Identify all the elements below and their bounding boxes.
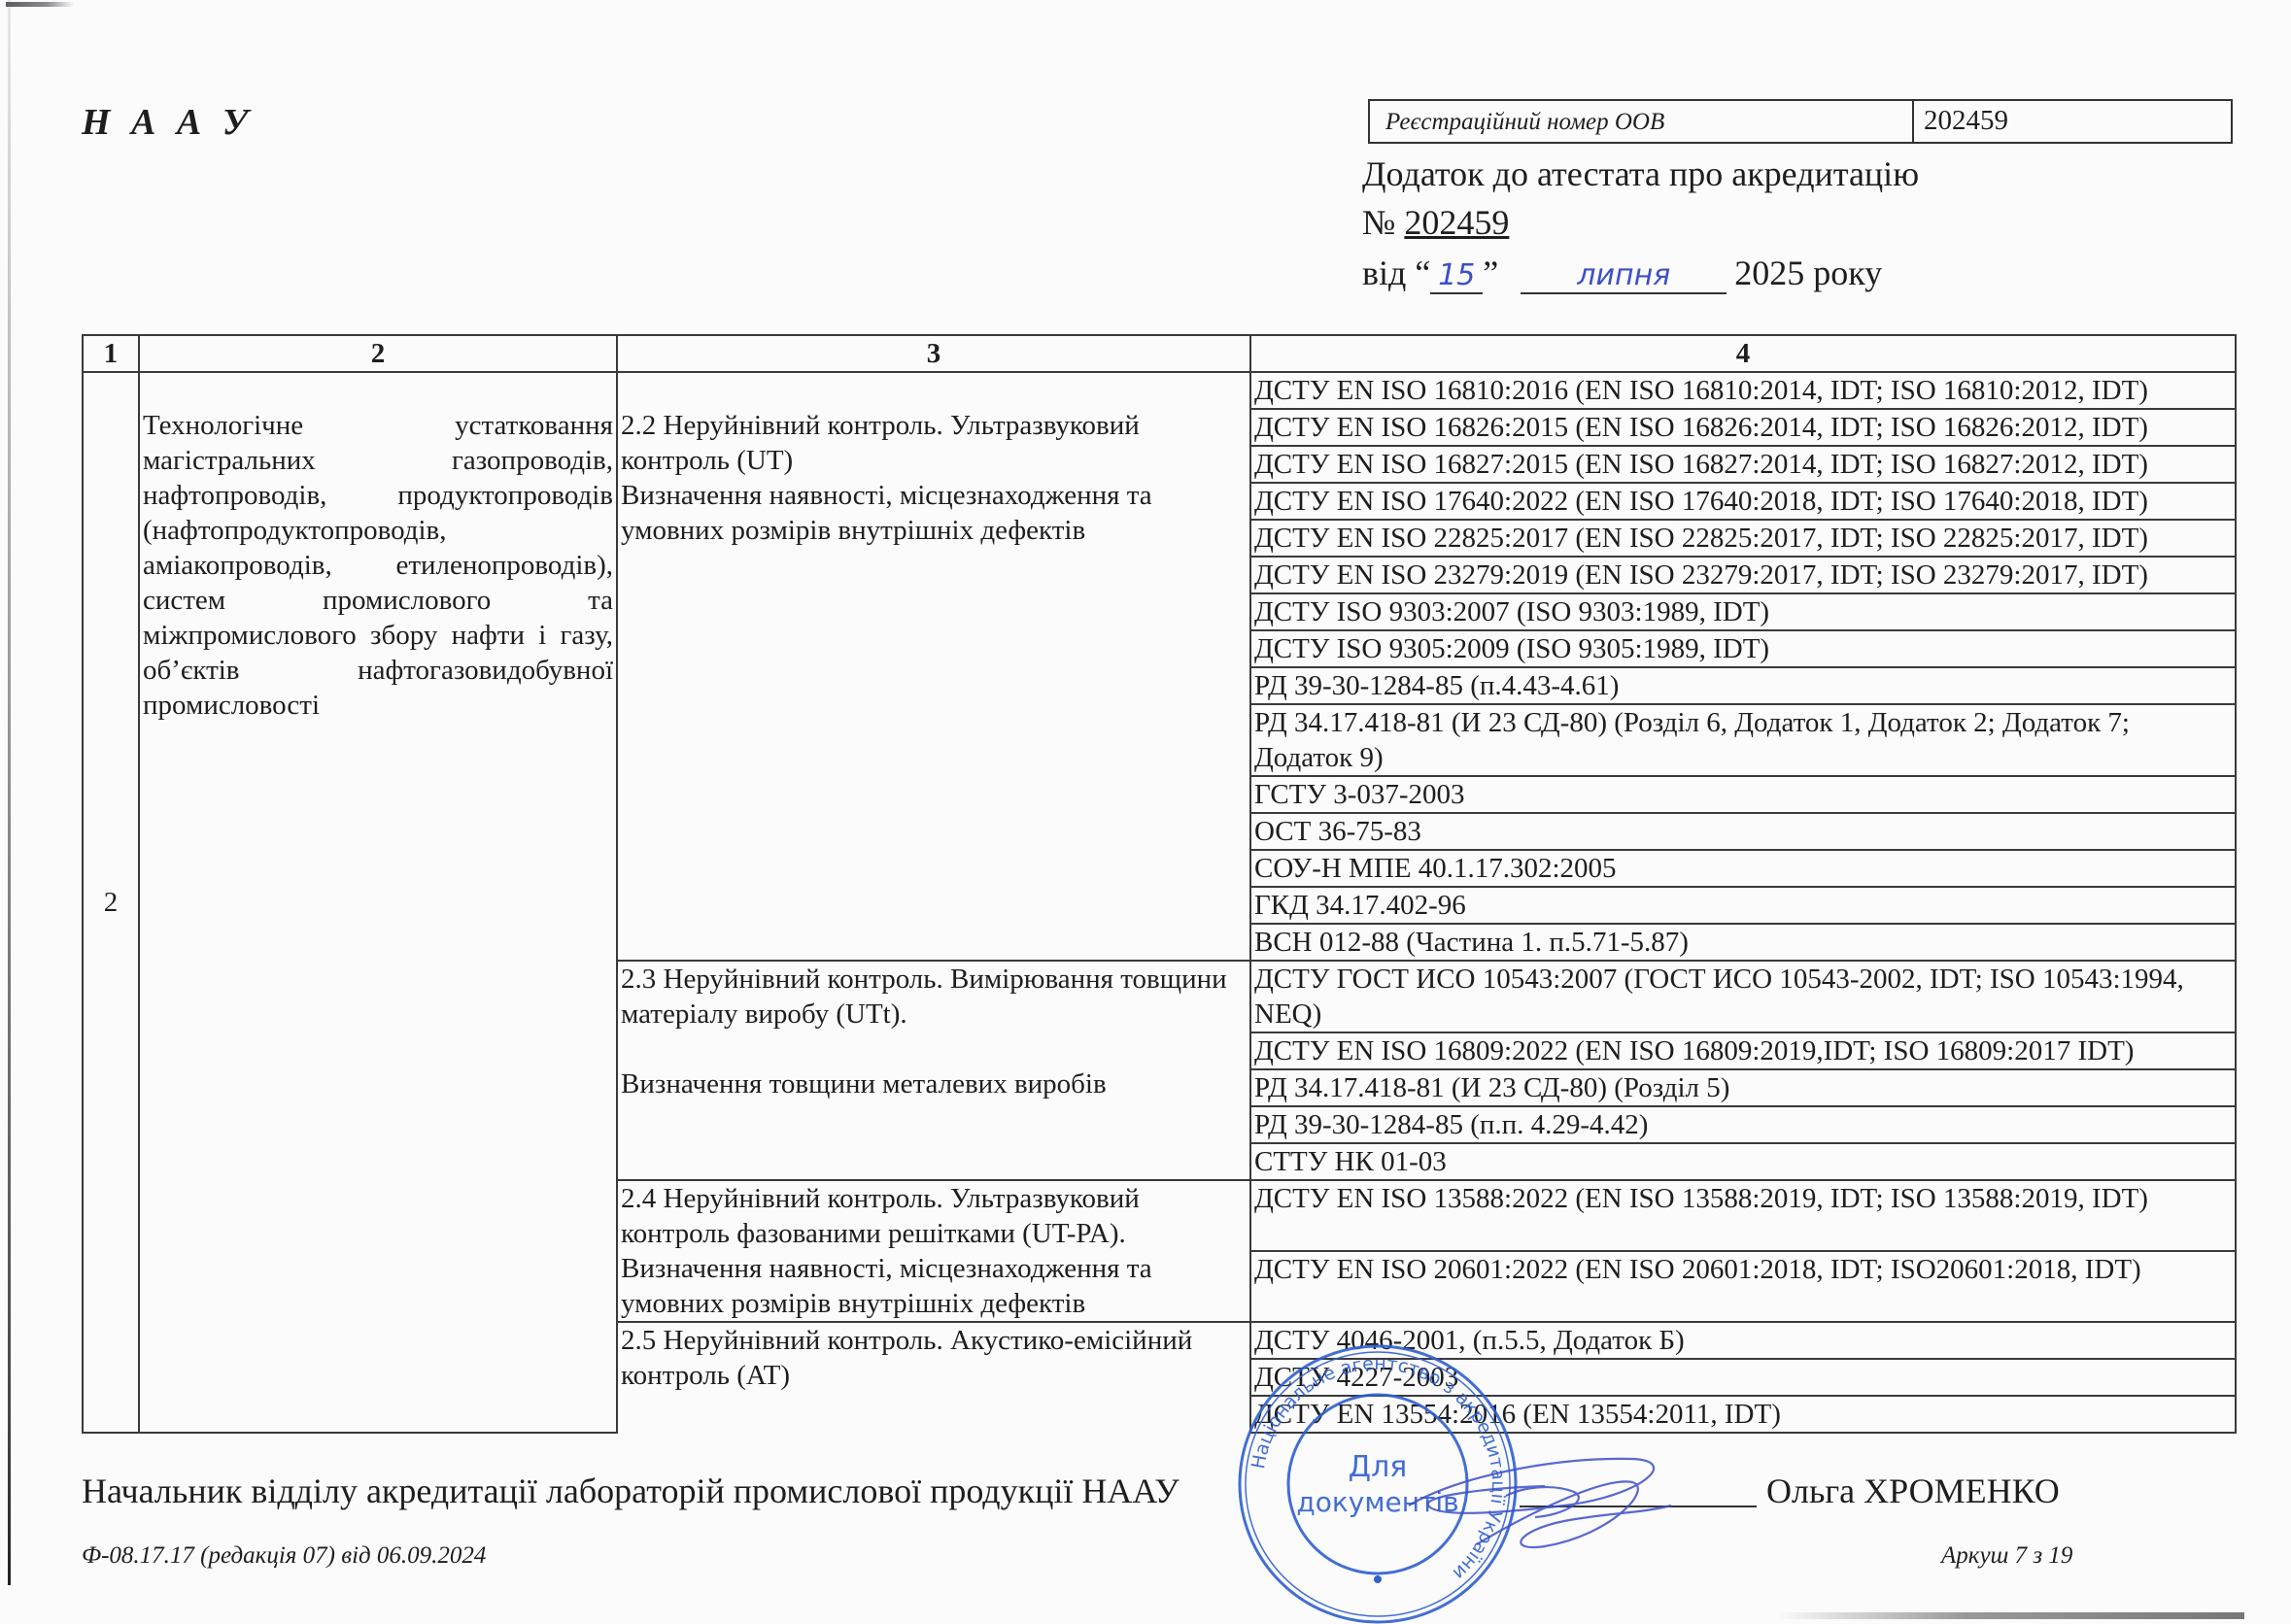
standard-cell: ДСТУ EN ISO 20601:2022 (EN ISO 20601:201…: [1250, 1251, 2236, 1322]
organization-abbreviation: Н А А У: [82, 101, 254, 144]
number-sign: №: [1362, 203, 1395, 242]
annex-number: № 202459: [1362, 202, 1509, 243]
signer-name: Ольга ХРОМЕНКО: [1766, 1471, 2060, 1511]
standard-cell: РД 34.17.418-81 (И 23 СД-80) (Розділ 6, …: [1250, 704, 2236, 776]
method-purpose: Визначення товщини металевих виробів: [621, 1066, 1247, 1101]
standard-cell: ДСТУ EN ISO 16827:2015 (EN ISO 16827:201…: [1250, 446, 2236, 483]
date-prefix: від “: [1362, 254, 1430, 292]
annex-title: Додаток до атестата про акредитацію: [1362, 153, 1919, 194]
date-quote-close: ”: [1483, 254, 1498, 292]
method-purpose: Визначення наявності, місцезнаходження т…: [621, 1251, 1247, 1321]
form-identifier: Ф-08.17.17 (редакція 07) від 06.09.2024: [82, 1542, 486, 1570]
certificate-number: 202459: [1404, 203, 1509, 242]
standard-cell: ДСТУ EN ISO 23279:2019 (EN ISO 23279:201…: [1250, 557, 2236, 593]
standard-cell: ДСТУ EN ISO 16810:2016 (EN ISO 16810:201…: [1250, 372, 2236, 409]
row-number-cell: 2: [83, 372, 139, 1433]
registration-value: 202459: [1914, 101, 2231, 142]
standard-cell: СТТУ НК 01-03: [1250, 1143, 2236, 1180]
standard-cell: ДСТУ ГОСТ ИСО 10543:2007 (ГОСТ ИСО 10543…: [1250, 961, 2236, 1032]
standard-cell: ДСТУ EN ISO 17640:2022 (EN ISO 17640:201…: [1250, 483, 2236, 520]
standard-cell: РД 39-30-1284-85 (п.4.43-4.61): [1250, 667, 2236, 704]
method-title: 2.2 Неруйнівний контроль. Ультразвуковий…: [621, 408, 1247, 478]
standard-cell: ДСТУ EN ISO 16826:2015 (EN ISO 16826:201…: [1250, 409, 2236, 446]
handwritten-month: липня: [1521, 258, 1727, 294]
method-spacer: [621, 1032, 1247, 1066]
standard-cell: ДСТУ ISO 9305:2009 (ISO 9305:1989, IDT): [1250, 630, 2236, 667]
signer-title: Начальник відділу акредитації лабораторі…: [82, 1471, 1180, 1511]
method-title: 2.4 Неруйнівний контроль. Ультразвуковий…: [621, 1181, 1247, 1251]
standard-cell: ДСТУ ISO 9303:2007 (ISO 9303:1989, IDT): [1250, 593, 2236, 630]
method-purpose: Визначення наявності, місцезнаходження т…: [621, 478, 1247, 548]
object-description-cell: Технологічне устатковання магістральних …: [139, 372, 617, 1433]
method-title: 2.5 Неруйнівний контроль. Акустико-емісі…: [621, 1323, 1247, 1393]
method-cell-2-2: 2.2 Неруйнівний контроль. Ультразвуковий…: [617, 372, 1250, 961]
column-header-1: 1: [83, 335, 139, 372]
standard-cell: ДСТУ EN ISO 13588:2022 (EN ISO 13588:201…: [1250, 1180, 2236, 1251]
scan-edge-top: [6, 2, 74, 7]
registration-number-box: Реєстраційний номер ООВ 202459: [1368, 99, 2233, 144]
signature-scribble-icon: [1399, 1438, 1691, 1573]
standard-cell: ГСТУ 3-037-2003: [1250, 776, 2236, 813]
handwritten-day: 15: [1430, 258, 1483, 294]
method-title: 2.3 Неруйнівний контроль. Вимірювання то…: [621, 962, 1247, 1032]
page-counter: Аркуш 7 з 19: [1941, 1542, 2072, 1570]
standard-cell: СОУ-Н МПЕ 40.1.17.302:2005: [1250, 850, 2236, 887]
standard-cell: ДСТУ EN ISO 22825:2017 (EN ISO 22825:201…: [1250, 520, 2236, 557]
table-row: 2 Технологічне устатковання магістральни…: [83, 372, 2236, 409]
stamp-star-icon: [1374, 1575, 1382, 1583]
standard-cell: ГКД 34.17.402-96: [1250, 887, 2236, 924]
annex-date: від “15” липня2025 року: [1362, 253, 1882, 294]
column-header-2: 2: [139, 335, 617, 372]
method-cell-2-4: 2.4 Неруйнівний контроль. Ультразвуковий…: [617, 1180, 1250, 1322]
standard-cell: ОСТ 36-75-83: [1250, 813, 2236, 850]
method-cell-2-5: 2.5 Неруйнівний контроль. Акустико-емісі…: [617, 1322, 1250, 1433]
standard-cell: РД 34.17.418-81 (И 23 СД-80) (Розділ 5): [1250, 1069, 2236, 1106]
accreditation-scope-table: 1 2 3 4 2 Технологічне устатковання магі…: [82, 334, 2235, 1434]
standard-cell: ДСТУ EN ISO 16809:2022 (EN ISO 16809:201…: [1250, 1032, 2236, 1069]
standard-cell: ВСН 012-88 (Частина 1. п.5.71-5.87): [1250, 924, 2236, 961]
method-cell-2-3: 2.3 Неруйнівний контроль. Вимірювання то…: [617, 961, 1250, 1180]
table-header-row: 1 2 3 4: [83, 335, 2236, 372]
scan-edge-left: [8, 0, 11, 1585]
column-header-4: 4: [1250, 335, 2236, 372]
standard-cell: РД 39-30-1284-85 (п.п. 4.29-4.42): [1250, 1106, 2236, 1143]
registration-label: Реєстраційний номер ООВ: [1370, 101, 1914, 142]
column-header-3: 3: [617, 335, 1250, 372]
scan-edge-bottom: [1778, 1612, 2244, 1619]
date-year: 2025 року: [1734, 254, 1882, 292]
